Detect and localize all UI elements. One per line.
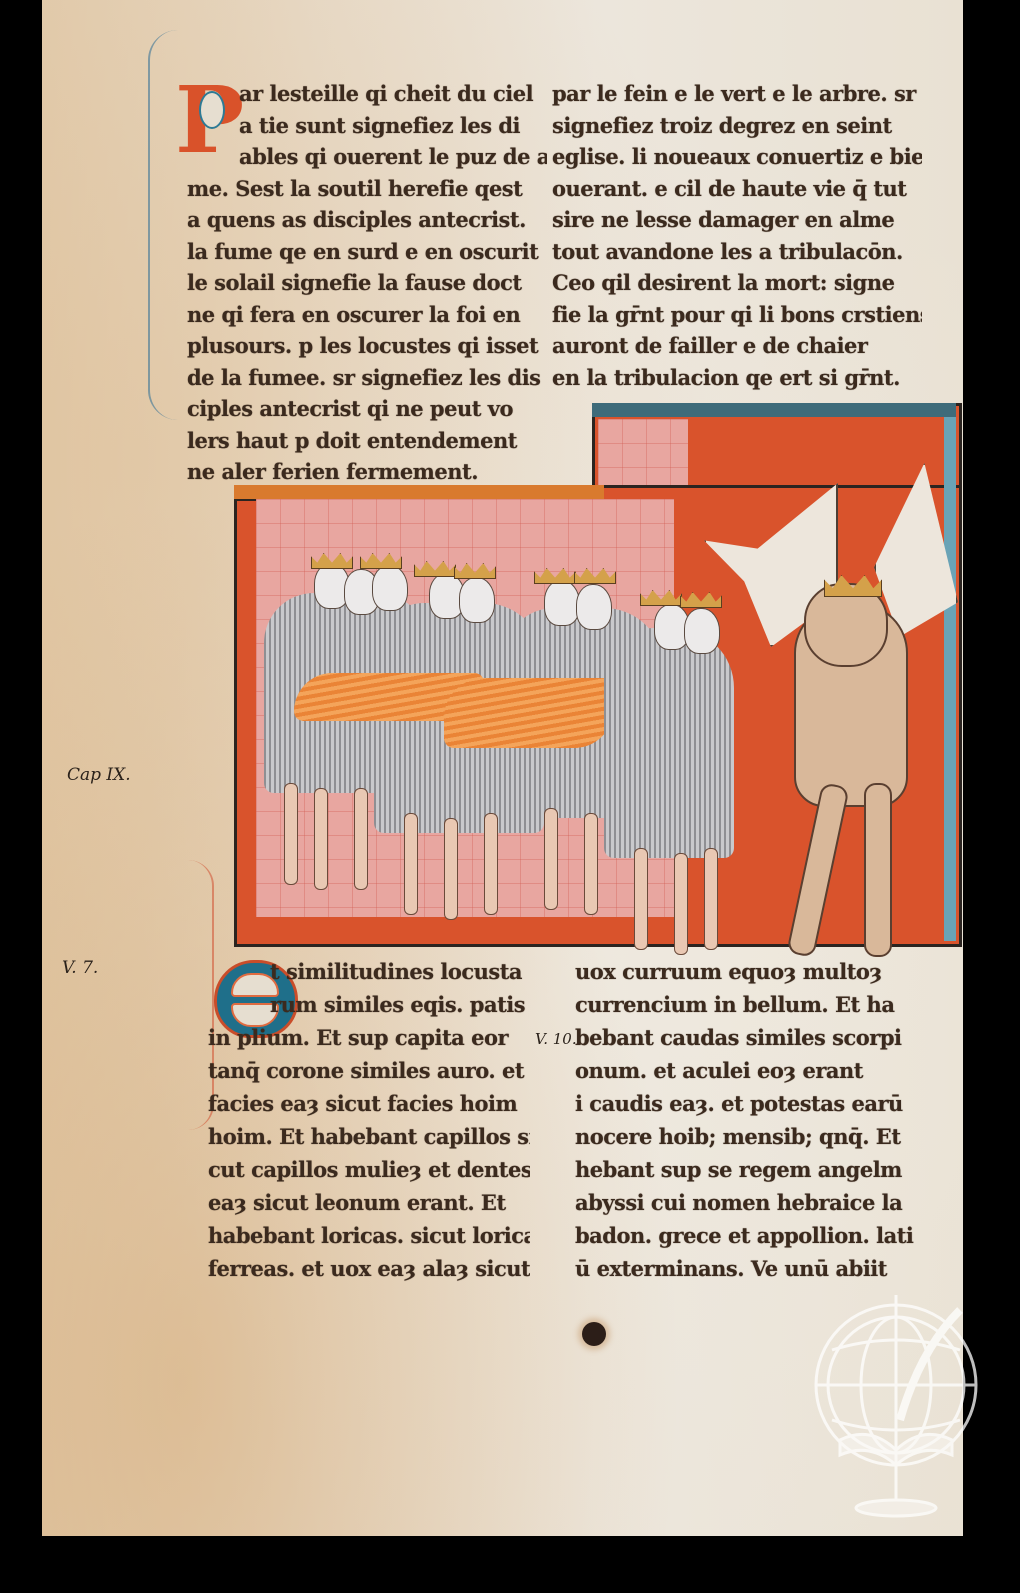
text-line: abyssi cui nomen hebraice la: [575, 1186, 920, 1219]
text-line: en la tribulacion qe ert si gr̄nt.: [552, 362, 922, 394]
text-line: auront de failler e de chaier: [552, 330, 922, 362]
text-line: eglise. li noueaux conuertiz e bien: [552, 141, 922, 173]
text-line: par le fein e le vert e le arbre. sr: [552, 78, 922, 110]
text-line: ouerant. e cil de haute vie q̄ tut: [552, 173, 922, 205]
lower-right-column: uox curruum equoȝ multoȝ currencium in b…: [575, 955, 920, 1285]
text-line: fie la gr̄nt pour qi li bons crstiens: [552, 299, 922, 331]
manuscript-folio: P ar lesteille qi cheit du ciel a tie su…: [42, 0, 963, 1536]
text-line: a tie sunt signefiez les di: [187, 110, 547, 142]
text-line: hebant sup se regem angelm: [575, 1153, 920, 1186]
text-line: onum. et aculei eoȝ erant: [575, 1054, 920, 1087]
margin-note-verse: V. 10.: [535, 1030, 577, 1048]
text-line: de la fumee. sr signefiez les dis: [187, 362, 547, 394]
text-line: ar lesteille qi cheit du ciel: [187, 78, 547, 110]
text-line: a quens as disciples antecrist.: [187, 204, 547, 236]
text-line: eaȝ sicut leonum erant. Et: [170, 1186, 530, 1219]
text-line: rum similes eqis. patis: [170, 988, 530, 1021]
text-line: Ceo qil desirent la mort: signe: [552, 267, 922, 299]
text-line: signefiez troiz degrez en seint: [552, 110, 922, 142]
text-line: uox curruum equoȝ multoȝ: [575, 955, 920, 988]
text-line: bebant caudas similes scorpi: [575, 1021, 920, 1054]
text-line: hoim. Et habebant capillos si: [170, 1120, 530, 1153]
text-line: ne qi fera en oscurer la foi en: [187, 299, 547, 331]
text-line: cut capillos mulieȝ et dentes: [170, 1153, 530, 1186]
miniature-illustration: [234, 403, 956, 941]
margin-note-verse: V. 7.: [62, 958, 98, 978]
text-line: habebant loricas. sicut loricas: [170, 1219, 530, 1252]
text-line: tanq̄ corone similes auro. et: [170, 1054, 530, 1087]
text-line: plusours. p les locustes qi isset: [187, 330, 547, 362]
demon-abaddon-figure: [704, 483, 954, 933]
text-line: sire ne lesse damager en alme: [552, 204, 922, 236]
text-line: facies eaȝ sicut facies hoim: [170, 1087, 530, 1120]
upper-right-column: par le fein e le vert e le arbre. sr sig…: [552, 78, 922, 393]
text-line: la fume qe en surd e en oscurit: [187, 236, 547, 268]
text-line: in plium. Et sup capita eor: [170, 1021, 530, 1054]
text-line: le solail signefie la fause doct: [187, 267, 547, 299]
lower-left-column: t similitudines locusta rum similes eqis…: [170, 955, 530, 1285]
text-line: badon. grece et appollion. lati: [575, 1219, 920, 1252]
text-line: ferreas. et uox eaȝ alaȝ sicut: [170, 1252, 530, 1285]
text-line: nocere hoib; mensib; qnq̄. Et: [575, 1120, 920, 1153]
margin-note-chapter: Cap IX.: [67, 765, 131, 785]
text-line: ables qi ouerent le puz de abi: [187, 141, 547, 173]
text-line: me. Sest la soutil herefie qest: [187, 173, 547, 205]
miniature-blue-border: [592, 403, 956, 417]
text-line: tout avandone les a tribulacōn.: [552, 236, 922, 268]
text-line: t similitudines locusta: [170, 955, 530, 988]
globe-quill-book-icon: [810, 1290, 982, 1520]
text-line: currencium in bellum. Et ha: [575, 988, 920, 1021]
ink-stain: [582, 1322, 606, 1346]
text-line: i caudis eaȝ. et potestas earū: [575, 1087, 920, 1120]
text-line: ū exterminans. Ve unū abiit: [575, 1252, 920, 1285]
